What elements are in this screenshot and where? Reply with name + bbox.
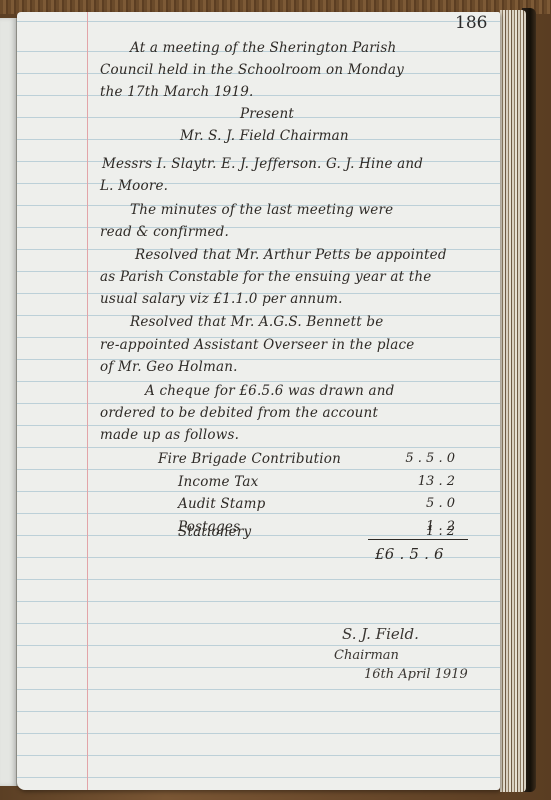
left-page-edge — [0, 18, 18, 786]
minutes-line: Messrs I. Slaytr. E. J. Jefferson. G. J.… — [102, 156, 423, 172]
account-amount: 5 . 0 — [395, 496, 455, 511]
minutes-line: A cheque for £6.5.6 was drawn and — [145, 383, 395, 399]
signature-date: 16th April 1919 — [364, 667, 468, 682]
minutes-line: re-appointed Assistant Overseer in the p… — [100, 337, 414, 353]
account-amount: 1 . 2 — [395, 524, 455, 539]
account-item: Stationery — [178, 524, 251, 540]
minutes-line: made up as follows. — [100, 427, 239, 443]
account-total: £6 . 5 . 6 — [375, 545, 444, 563]
margin-line — [87, 12, 88, 790]
minutes-line: Mr. S. J. Field Chairman — [180, 128, 349, 144]
minutes-line: Present — [240, 106, 294, 122]
account-amount: 13 . 2 — [395, 474, 455, 489]
account-item: Income Tax — [178, 474, 258, 490]
minutes-line: At a meeting of the Sherington Parish — [130, 40, 396, 56]
account-amount: 5 . 5 . 0 — [395, 451, 455, 466]
minutes-line: Resolved that Mr. A.G.S. Bennett be — [130, 314, 383, 330]
minutes-line: Council held in the Schoolroom on Monday — [100, 62, 404, 78]
minutes-line: usual salary viz £1.1.0 per annum. — [100, 291, 343, 307]
account-item: Fire Brigade Contribution — [158, 451, 341, 467]
minutes-line: Resolved that Mr. Arthur Petts be appoin… — [135, 247, 447, 263]
page-number: 186 — [455, 13, 487, 33]
minutes-line: The minutes of the last meeting were — [130, 202, 393, 218]
minutes-line: read & confirmed. — [100, 224, 229, 240]
signature-title: Chairman — [334, 648, 399, 663]
minutes-line: ordered to be debited from the account — [100, 405, 378, 421]
minutes-line: L. Moore. — [100, 178, 168, 194]
minutes-line: of Mr. Geo Holman. — [100, 359, 238, 375]
minutes-line: the 17th March 1919. — [100, 84, 254, 100]
minutes-line: as Parish Constable for the ensuing year… — [100, 269, 431, 285]
signature-name: S. J. Field. — [342, 625, 419, 643]
total-rule — [368, 539, 468, 540]
page-stack-edges — [500, 10, 526, 792]
account-item: Audit Stamp — [178, 496, 266, 512]
